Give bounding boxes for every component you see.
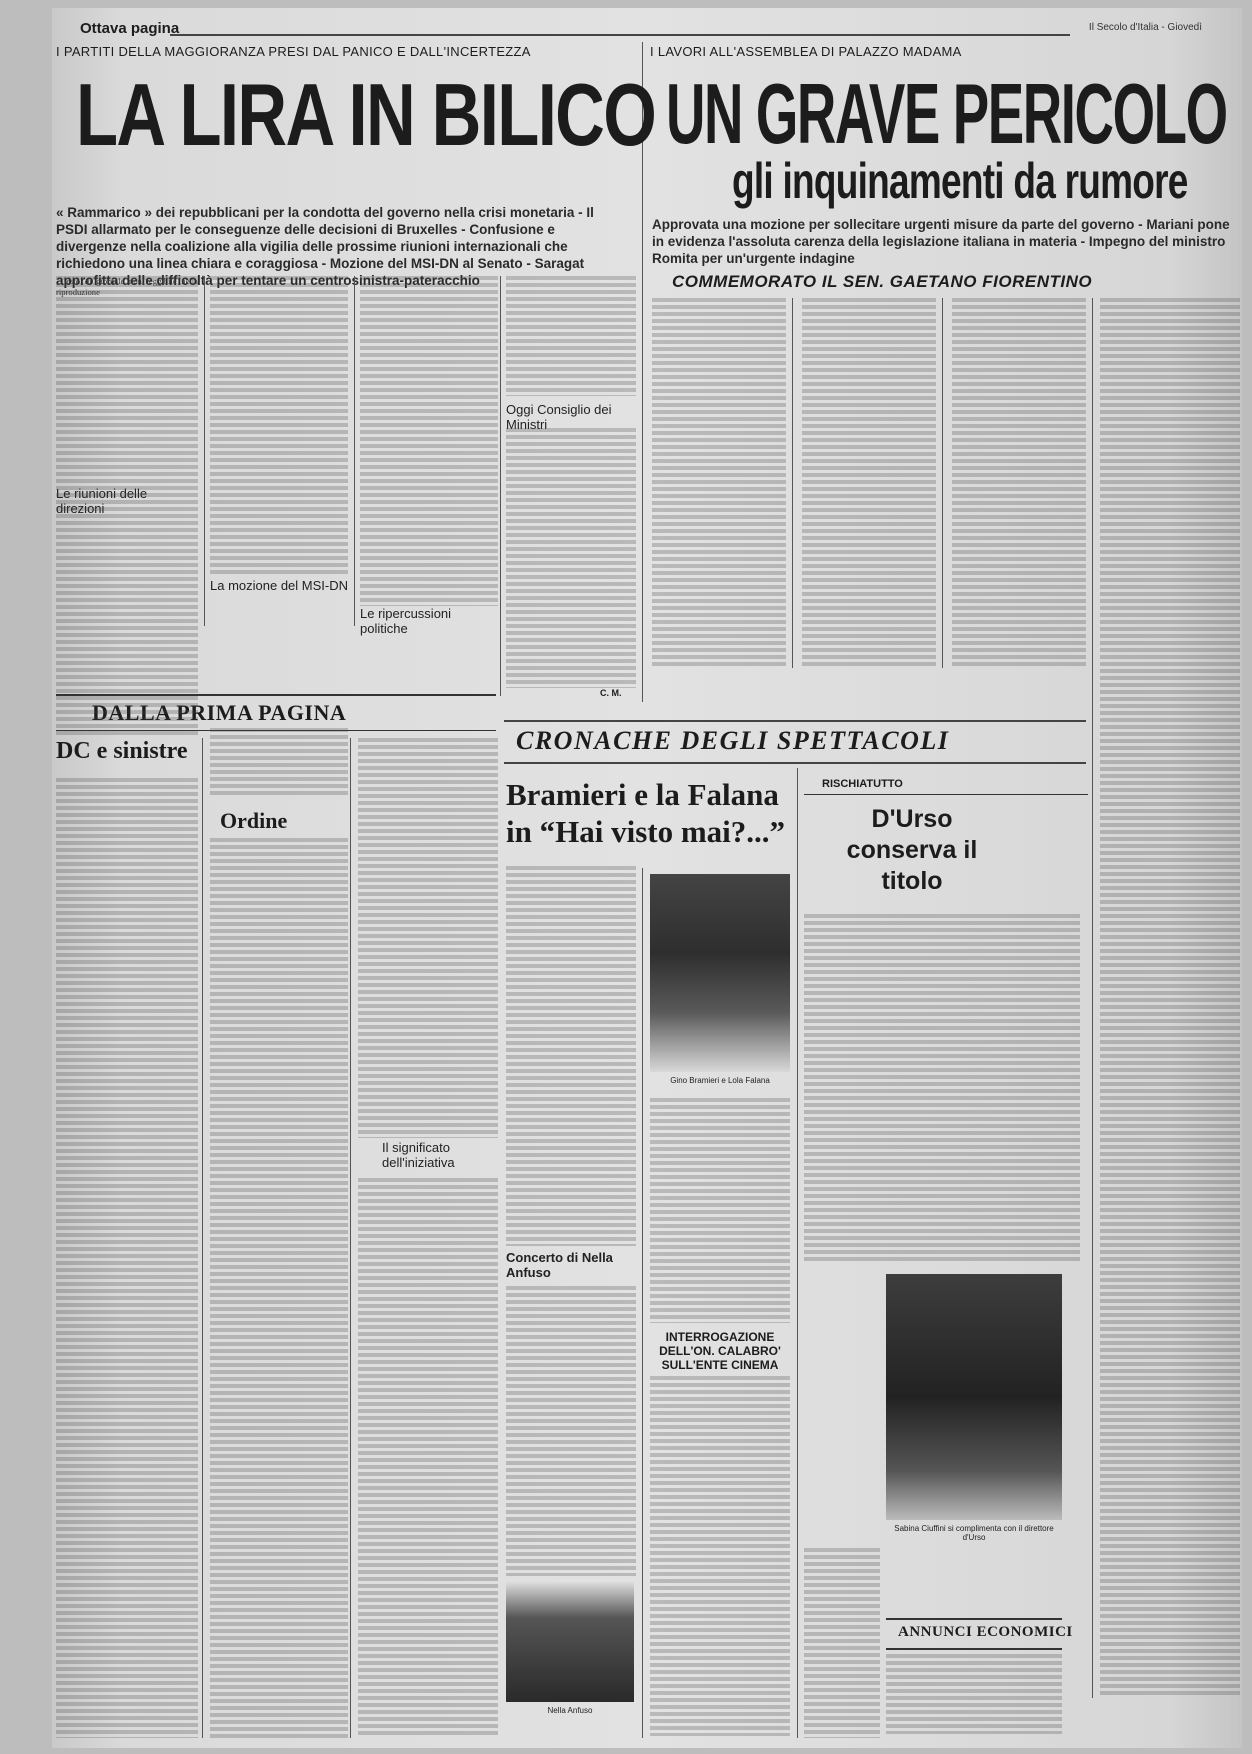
article-body-text — [506, 1286, 636, 1576]
article-body-text — [358, 738, 498, 1138]
sabina-ciuffini-photo — [886, 1274, 1062, 1520]
article-body-text — [210, 728, 348, 798]
article-body-text — [952, 298, 1086, 668]
article-body-text — [56, 778, 198, 1738]
article-body-text — [802, 298, 936, 668]
article-body-text — [506, 866, 636, 1246]
sabina-photo-caption: Sabina Ciuffini si complimenta con il di… — [886, 1524, 1062, 1542]
subhead-mozione: La mozione del MSI-DN — [210, 578, 348, 593]
article-body-text — [210, 276, 348, 576]
article-signature: C. M. — [600, 688, 622, 698]
nella-anfuso-caption: Nella Anfuso — [506, 1706, 634, 1715]
concert-headline: Concerto di Nella Anfuso — [506, 1250, 636, 1280]
entertainment-main-headline: Bramieri e la Falana in “Hai visto mai?.… — [506, 776, 806, 850]
article-body-text — [506, 428, 636, 688]
article-body-text — [506, 276, 636, 396]
right-subheadline: gli inquinamenti da rumore — [732, 152, 1188, 210]
column-divider — [354, 276, 355, 626]
commemoration-headline: COMMEMORATO IL SEN. GAETANO FIORENTINO — [672, 272, 1092, 292]
side-kicker: RISCHIATUTTO — [822, 778, 903, 790]
article-body-text — [652, 298, 786, 668]
interrogation-headline: INTERROGAZIONE DELL'ON. CALABRO' SULL'EN… — [650, 1330, 790, 1372]
continuation-ordine: Ordine — [220, 808, 287, 834]
right-headline: UN GRAVE PERICOLO — [666, 64, 1227, 164]
right-kicker: I LAVORI ALL'ASSEMBLEA DI PALAZZO MADAMA — [650, 44, 962, 59]
article-body-text — [360, 276, 498, 606]
column-divider — [797, 768, 798, 1738]
section-rule — [886, 1648, 1062, 1650]
section-rule — [886, 1618, 1062, 1620]
column-divider — [942, 298, 943, 668]
article-body-text — [650, 1376, 790, 1736]
article-body-text — [650, 1098, 790, 1323]
section-rule — [804, 794, 1088, 795]
subhead-ripercussioni: Le ripercussioni politiche — [360, 606, 498, 636]
newspaper-page: Ottava pagina Il Secolo d'Italia - Giove… — [52, 8, 1242, 1748]
column-divider — [1092, 298, 1093, 1698]
side-headline: D'Urso conserva il titolo — [842, 804, 982, 897]
column-divider — [500, 276, 501, 696]
subhead-significato: Il significato dell'iniziativa — [382, 1140, 502, 1170]
column-divider — [204, 276, 205, 626]
header-rule — [170, 34, 1070, 36]
entertainment-banner: CRONACHE DEGLI SPETTACOLI — [516, 726, 949, 756]
column-divider — [642, 868, 643, 1738]
left-headline: LA LIRA IN BILICO — [76, 64, 655, 166]
article-body-text — [358, 1178, 498, 1738]
left-kicker: I PARTITI DELLA MAGGIORANZA PRESI DAL PA… — [56, 44, 531, 59]
bramieri-photo-caption: Gino Bramieri e Lola Falana — [650, 1076, 790, 1085]
article-body-text — [1100, 298, 1240, 1698]
bramieri-falana-photo — [650, 874, 790, 1072]
right-deck: Approvata una mozione per sollecitare ur… — [652, 216, 1232, 267]
article-body-text — [886, 1654, 1062, 1734]
article-body-text — [804, 914, 1080, 1264]
column-divider — [202, 738, 203, 1738]
article-body-text — [804, 1548, 880, 1738]
article-body-text — [56, 276, 198, 736]
newspaper-date: Il Secolo d'Italia - Giovedì — [1089, 22, 1202, 33]
classifieds-banner: ANNUNCI ECONOMICI — [898, 1624, 1073, 1641]
column-divider — [350, 738, 351, 1738]
column-divider — [792, 298, 793, 668]
article-body-text — [210, 838, 348, 1738]
continuation-dc-sinistre: DC e sinistre — [56, 738, 188, 765]
page-section-label: Ottava pagina — [80, 20, 179, 37]
nella-anfuso-photo — [506, 1582, 634, 1702]
